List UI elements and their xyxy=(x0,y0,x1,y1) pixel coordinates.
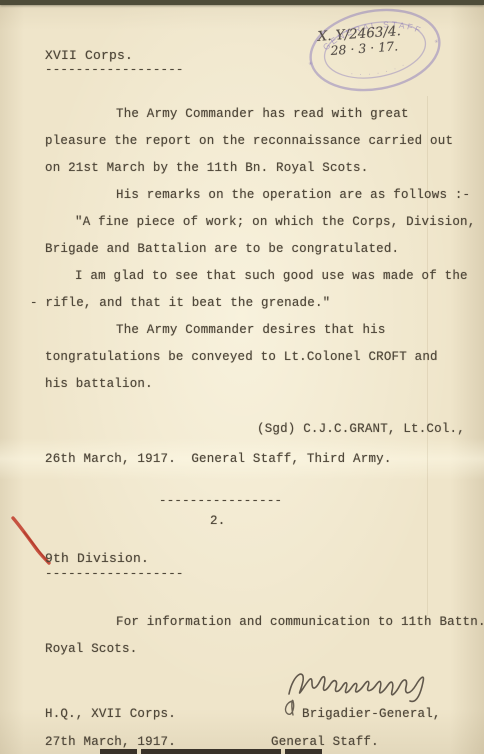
stamp-arc-bottom-text: · · · · · · · xyxy=(349,59,409,82)
typed-line: tongratulations be conveyed to Lt.Colone… xyxy=(45,344,475,371)
sgd-line: (Sgd) C.J.C.GRANT, Lt.Col., xyxy=(257,422,465,436)
typed-line: His remarks on the operation are as foll… xyxy=(45,182,475,209)
division-heading: 9th Division. xyxy=(45,551,149,566)
handwritten-reference: X. Y/2463/4. 28 · 3 · 17. xyxy=(317,24,402,59)
typed-line: Brigade and Battalion are to be congratu… xyxy=(45,236,475,263)
typed-line: Royal Scots. xyxy=(45,636,484,663)
typed-line: For information and communication to 11t… xyxy=(45,609,484,636)
scan-bottom-edge-segment xyxy=(141,749,281,754)
flourish-icon xyxy=(280,696,298,720)
letter-body: The Army Commander has read with greatpl… xyxy=(45,101,475,398)
typed-line: The Army Commander desires that his xyxy=(45,317,475,344)
forwarding-note: For information and communication to 11t… xyxy=(45,609,484,663)
footer-rank: Brigadier-General, xyxy=(302,707,441,721)
typed-line: his battalion. xyxy=(45,371,475,398)
scan-bottom-edge-segment xyxy=(100,749,137,754)
page-number: 2. xyxy=(210,514,225,528)
footer-staff: General Staff. xyxy=(271,735,379,749)
addressee-heading-underline: ------------------ xyxy=(45,65,184,75)
footer-date: 27th March, 1917. xyxy=(45,735,176,749)
addressee-heading: XVII Corps. xyxy=(45,48,133,63)
typed-line: "A fine piece of work; on which the Corp… xyxy=(45,209,475,236)
svg-text:· · · · · · ·: · · · · · · · xyxy=(349,59,409,82)
document-page: GENERAL STAFF · · · · · · · ✳ ✳ X. Y/246… xyxy=(0,0,484,754)
typed-line: The Army Commander has read with great xyxy=(45,101,475,128)
footer-hq: H.Q., XVII Corps. xyxy=(45,707,176,721)
typed-line: pleasure the report on the reconnaissanc… xyxy=(45,128,475,155)
handwritten-signature xyxy=(285,660,440,711)
typed-line: - rifle, and that it beat the grenade." xyxy=(30,290,475,317)
division-heading-underline: ------------------ xyxy=(45,569,184,579)
scan-bottom-edge-segment xyxy=(285,749,322,754)
stamp-star-left-icon: ✳ xyxy=(308,60,314,69)
section-separator: ---------------- xyxy=(159,494,282,508)
typed-line: I am glad to see that such good use was … xyxy=(45,263,475,290)
signature-initial-flourish xyxy=(280,696,298,725)
typed-line: on 21st March by the 11th Bn. Royal Scot… xyxy=(45,155,475,182)
signature-scrawl-icon xyxy=(285,660,440,706)
signoff-date-line: 26th March, 1917. General Staff, Third A… xyxy=(45,452,392,466)
